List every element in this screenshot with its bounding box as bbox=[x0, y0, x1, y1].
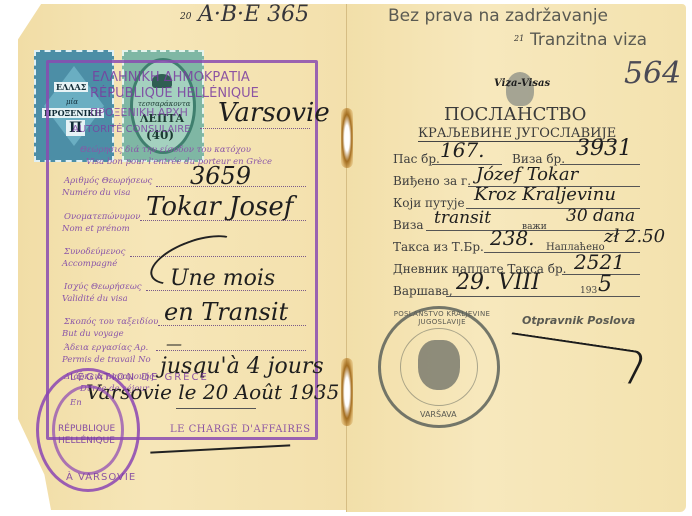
field-label-fr: Validité du visa bbox=[62, 294, 128, 305]
staple-hole-top bbox=[341, 108, 353, 168]
validity-value: Une mois bbox=[170, 266, 275, 291]
valid-value: 30 dana bbox=[566, 206, 635, 226]
field-label-fr: But du voyage bbox=[62, 329, 124, 340]
signature-rule bbox=[176, 408, 256, 409]
right-page-number: 21 bbox=[514, 34, 524, 43]
passport-no-value: 167. bbox=[440, 138, 485, 162]
name-value: Tokar Josef bbox=[146, 192, 293, 222]
year-suffix: 5 bbox=[598, 272, 612, 297]
field-label-fr: Numéro du visa bbox=[62, 188, 130, 199]
visa-number-value: 3659 bbox=[190, 162, 251, 190]
paid-value: zł 2.50 bbox=[604, 226, 665, 247]
visa-type-value: transit bbox=[434, 208, 491, 228]
warsaw-date-label: Варшава, bbox=[393, 284, 453, 298]
fee-journal-value: 2521 bbox=[574, 250, 625, 274]
field-label-gr: Αριθμός Θεωρήσεως bbox=[64, 176, 152, 187]
field-label-fr: Permis de travail No bbox=[62, 355, 151, 366]
seen-for-value: Józef Tokar bbox=[476, 164, 578, 185]
chargé-title: Otpravnik Poslova bbox=[522, 314, 635, 327]
header-authority: AUTORITÉ CONSULAIRE bbox=[72, 124, 191, 135]
heading-transit-visa: Tranzitna viza bbox=[530, 30, 647, 50]
right-handwritten-ref: 564 bbox=[624, 56, 681, 91]
yugoslav-stamp-bottom: VARŠAVA bbox=[420, 410, 457, 419]
year-prefix: 193 bbox=[580, 286, 597, 296]
legation-title: ПОСЛАНСТВО bbox=[444, 104, 586, 125]
heading-no-stay: Bez prava na zadržavanje bbox=[388, 6, 608, 26]
field-label-fr: Nom et prénom bbox=[62, 224, 130, 235]
visa-line-greek: Θεώρησις διά την είσοδον του κατόχου bbox=[80, 145, 251, 156]
field-label-gr: Άδεια εργασίας Αρ. bbox=[64, 343, 148, 354]
fee-tariff-value: 238. bbox=[490, 226, 535, 250]
purpose-value: en Transit bbox=[164, 298, 288, 326]
left-page-number: 20 bbox=[180, 12, 191, 22]
field-label-gr: Σκοπός του ταξειδίου bbox=[64, 317, 158, 328]
header-greek: ΕΛΛΗΝΙΚΗ ΔΗΜΟΚΡΑΤΙΑ bbox=[92, 70, 250, 85]
warsaw-date-value: 29. VIII bbox=[456, 270, 540, 295]
traveling-value: Kroz Kraljevinu bbox=[474, 184, 616, 205]
visa-no-value: 3931 bbox=[576, 136, 632, 161]
emblem-caption: Viza-Visas bbox=[494, 78, 550, 89]
coat-of-arms-stamp-icon bbox=[418, 340, 460, 390]
staple-hole-bottom bbox=[341, 358, 353, 426]
issued-at-value: Varsovie bbox=[218, 98, 330, 128]
issued-at-line bbox=[200, 128, 310, 129]
field-label-gr: Ισχύς Θεωρήσεως bbox=[64, 282, 142, 293]
stamp-bottom-text: À VARSOVIE bbox=[66, 472, 136, 483]
field-label-gr: Συνοδεύμενος bbox=[64, 247, 125, 258]
field-label-fr: Accompagné bbox=[62, 259, 117, 270]
fee-tariff-label: Такса из Т.Бр. bbox=[393, 240, 484, 254]
field-label-gr: Ονοματεπώνυμον bbox=[64, 212, 140, 223]
header-service: ΠΡΟΞΕΝΙΚΗ ΑΡΧΗ bbox=[90, 106, 188, 119]
seen-for-label: Виђено за г. bbox=[393, 174, 471, 188]
left-handwritten-ref: A·B·E 365 bbox=[198, 2, 309, 27]
spine bbox=[346, 4, 347, 512]
visa-type-label: Виза bbox=[393, 218, 424, 232]
yugoslav-stamp-text: POSLANSTVO KRALJEVINE JUGOSLAVIJE bbox=[388, 310, 496, 326]
stamp-outer-text: LÉGATION DE GRÈCE bbox=[70, 372, 209, 383]
stamp-inner-text-2: HELLÉNIQUE bbox=[58, 436, 115, 446]
stamp-inner-text-1: RÉPUBLIQUE bbox=[58, 424, 115, 434]
work-permit-value: — bbox=[166, 334, 182, 353]
